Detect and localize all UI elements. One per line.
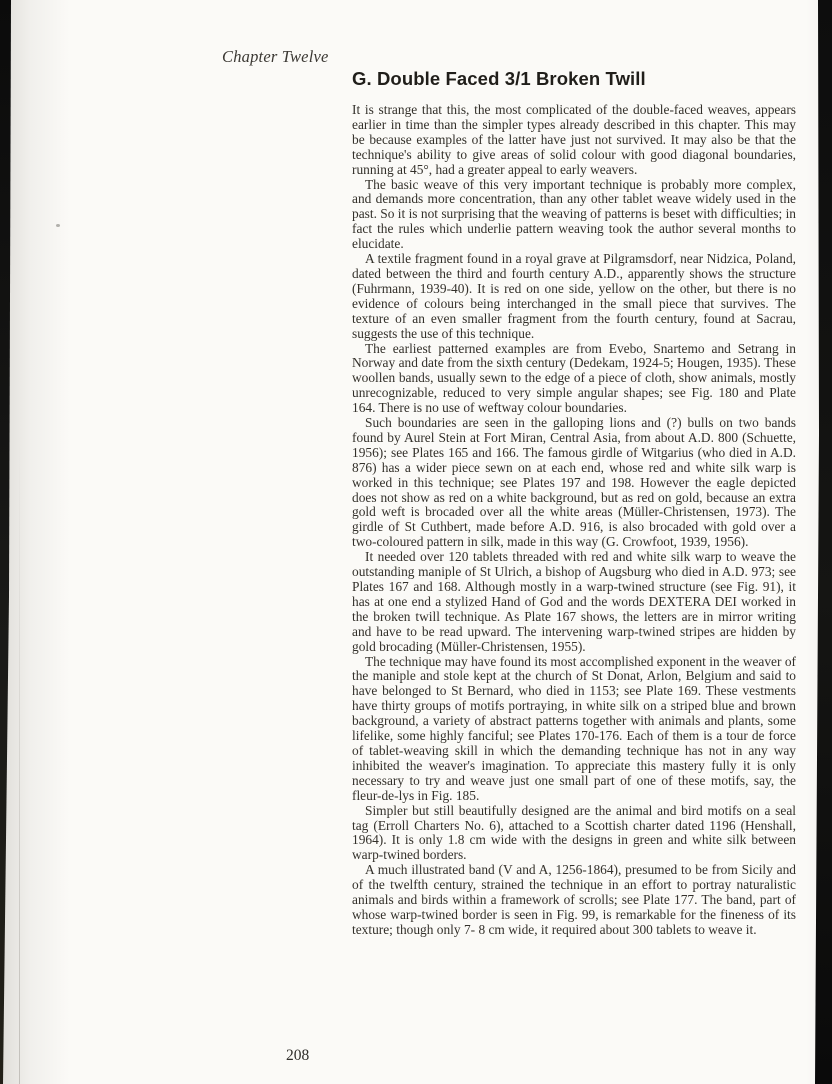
page-speck-artifact (56, 224, 60, 227)
body-paragraph: A much illustrated band (V and A, 1256-1… (352, 863, 796, 938)
main-text-column: G. Double Faced 3/1 Broken Twill It is s… (352, 68, 796, 938)
chapter-running-header: Chapter Twelve (222, 47, 329, 67)
body-paragraph: It needed over 120 tablets threaded with… (352, 550, 796, 654)
scan-edge-left (0, 0, 13, 1084)
page-number: 208 (286, 1047, 309, 1065)
body-text: It is strange that this, the most compli… (352, 103, 796, 938)
body-paragraph: Such boundaries are seen in the gallopin… (352, 416, 796, 550)
body-paragraph: A textile fragment found in a royal grav… (352, 252, 796, 341)
body-paragraph: Simpler but still beautifully designed a… (352, 804, 796, 864)
body-paragraph: The earliest patterned examples are from… (352, 342, 796, 417)
body-paragraph: It is strange that this, the most compli… (352, 103, 796, 178)
section-heading: G. Double Faced 3/1 Broken Twill (352, 68, 796, 90)
body-paragraph: The technique may have found its most ac… (352, 655, 796, 804)
scan-crease-artifact (19, 434, 20, 1084)
scan-edge-right (814, 0, 832, 1084)
body-paragraph: The basic weave of this very important t… (352, 178, 796, 253)
